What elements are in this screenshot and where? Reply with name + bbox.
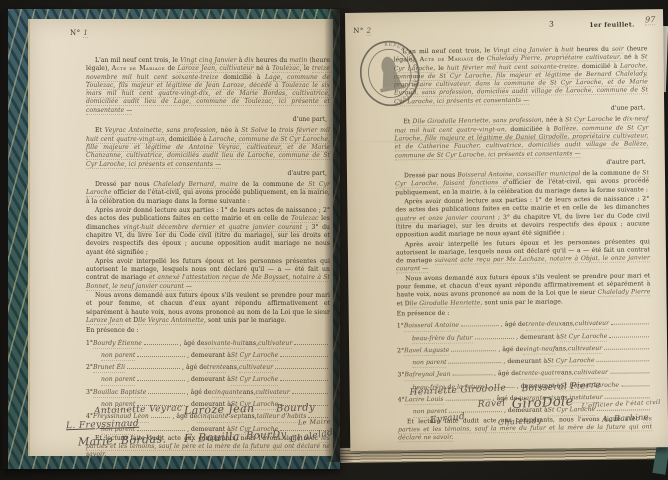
printed-text: Dressé par nous — [404, 172, 457, 180]
printed-text: En présence de : — [86, 327, 139, 334]
handwritten-entry: vingt-huit décembre dernier et quatre ja… — [123, 224, 302, 232]
signature: Laroze Jean — [184, 402, 255, 417]
printed-text: , âgé de — [501, 321, 526, 330]
printed-text: , demeurant à — [187, 376, 231, 384]
printed-text: 3° — [86, 389, 93, 397]
printed-text: domiciliée à — [167, 136, 209, 143]
dotted-leader — [137, 373, 185, 381]
signature: L'officier de l'état civil — [582, 399, 661, 410]
printed-text: les dimanches — [604, 204, 649, 212]
signature: Le Maire — [298, 417, 331, 426]
printed-text: Et — [95, 127, 105, 134]
handwritten-entry: St Cyr Laroche — [231, 352, 278, 361]
printed-text: , âgé de — [494, 370, 519, 379]
printed-text: , le — [300, 65, 312, 72]
signature: L. Freyssinaud — [66, 419, 139, 432]
handwritten-entry: St Solve — [241, 127, 268, 135]
dotted-leader — [474, 330, 514, 338]
bride-paragraph: Et Dlle Girodolle Henriette, sans profes… — [394, 116, 648, 161]
handwritten-entry: cultivateur — [575, 320, 609, 330]
printed-text: 1° — [86, 340, 93, 348]
lecture-paragraph: Après avoir donné lecture aux parties : … — [86, 207, 330, 257]
witness-row: non parent, demeurant à St Cyr Laroche — [86, 373, 330, 385]
printed-text: d'une part, — [611, 104, 645, 111]
printed-text: le — [268, 127, 279, 134]
dotted-leader — [144, 337, 178, 345]
printed-text: , demeurant à — [503, 358, 547, 367]
handwritten-entry: Laroze Jean, cultivateur — [177, 65, 253, 73]
dotted-leader — [292, 386, 328, 394]
dotted-leader — [451, 343, 496, 352]
printed-text: le — [613, 116, 623, 123]
dotted-leader — [604, 341, 649, 350]
signature: Eyraud — [430, 412, 466, 426]
printed-text: à — [552, 46, 562, 53]
act-opening-paragraph: L'an mil neuf cent trois, le Vingt cinq … — [393, 45, 648, 106]
handwritten-entry: cinquante — [212, 389, 243, 398]
printed-text: d'autre part, — [287, 170, 327, 177]
signature: Ravel — [478, 399, 506, 410]
handwritten-entry: trente-quatre — [519, 370, 561, 380]
signature: Henriette Girodolle — [409, 383, 506, 398]
act-body-right: L'an mil neuf cent trois, le Vingt cinq … — [393, 45, 651, 384]
dotted-leader — [597, 353, 650, 362]
printed-text: 2° — [86, 364, 93, 372]
feuillet-label: 1er feuillet. — [589, 21, 634, 29]
printed-text: , âgé de — [182, 364, 207, 372]
printed-text: Acte de Mariage — [112, 65, 165, 72]
dune-part-line: d'une part, — [86, 116, 327, 124]
handwritten-entry: cultivateur — [258, 340, 292, 349]
act-body-left: L'an mil neuf cent trois, le Vingt cinq … — [86, 57, 330, 399]
printed-text: de — [474, 56, 487, 63]
dotted-leader — [294, 337, 328, 345]
printed-text: , demeurant à — [187, 352, 231, 360]
signature: A. Barbine — [602, 413, 649, 424]
handwritten-entry: huit — [561, 46, 574, 54]
handwritten-entry: Chalelady Pierre — [598, 289, 651, 298]
printed-text: officier de l'état-civil, qui avons proc… — [86, 189, 330, 204]
signature: Antoinette Veyrac — [94, 403, 183, 416]
printed-text: , née à — [216, 127, 241, 134]
bride-paragraph: Et Veyrac Antoinette, sans profession, n… — [86, 127, 330, 168]
dune-part-line: d'une part, — [394, 104, 645, 115]
handwritten-entry: vingt-neuf — [523, 345, 555, 355]
dotted-leader — [280, 349, 328, 357]
dotted-leader — [610, 366, 650, 374]
dotted-leader — [611, 317, 649, 325]
pronouncement-paragraph: Nous avons demandé aux futurs époux s'il… — [86, 292, 330, 325]
printed-text: , âgé de — [498, 346, 523, 355]
printed-text: de la commune d — [580, 170, 636, 178]
printed-text: de la commune d — [238, 181, 301, 188]
printed-text: ans, — [245, 340, 258, 348]
dotted-leader — [609, 329, 649, 337]
signature-block: Antoinette Veyrac Laroze Jean Bourdy L. … — [66, 403, 333, 455]
handwritten-folio-mark: 97 — [645, 15, 655, 25]
dotted-leader — [280, 373, 328, 381]
printed-text: ans, — [226, 364, 239, 372]
dotted-leader — [148, 386, 184, 394]
signature: BourDy — [246, 429, 287, 441]
handwritten-entry: cultivateur — [574, 369, 608, 379]
witness-heading: En présence de : — [86, 327, 330, 335]
register-book-photo: N° 1 L'an mil neuf cent trois, le Vingt … — [0, 0, 668, 480]
printed-text: ans, — [561, 370, 574, 378]
officiant-paragraph: Dressé par nous Boisseral Antoine, conse… — [395, 169, 649, 197]
handwritten-entry: Vingt cinq Janvier — [180, 57, 237, 65]
witness-row: non parent, demeurant à St Cyr Laroche — [86, 349, 330, 361]
witness-row: 3° Bouillac Baptiste, âgé de cinquante a… — [86, 386, 330, 398]
handwritten-entry: Bouillac Baptiste — [93, 389, 146, 398]
handwritten-entry: non parent — [101, 376, 135, 385]
printed-text: , demeurant à — [516, 333, 560, 342]
printed-text: , née à — [542, 117, 566, 124]
pronouncement-paragraph: Nous avons demandé aux futurs époux s'il… — [396, 272, 650, 308]
handwritten-entry: Brunet Éli — [93, 364, 125, 373]
printed-text: d'autre part, — [606, 158, 646, 165]
handwritten-entry: Veyrac Antoinette, sans profession — [105, 127, 216, 135]
handwritten-entry: soixante-huit — [204, 340, 245, 349]
signature: GiroDole — [511, 394, 574, 412]
signature: Marie. Bordas. — [78, 432, 167, 448]
dotted-leader — [275, 361, 328, 369]
signature: Chalelady — [498, 416, 542, 427]
page-number: 3 — [549, 19, 554, 28]
handwritten-entry: suivant acte reçu par Me Lachaze, notair… — [396, 254, 650, 273]
printed-text: et D — [123, 317, 138, 324]
handwritten-entry: Toulezac — [291, 215, 318, 223]
printed-text: , âgé de — [180, 340, 205, 348]
printed-text: domicilié à — [218, 74, 265, 81]
printed-text: Nous avons demandé aux futurs époux s'il… — [86, 292, 330, 316]
handwritten-entry: lle Girodolle Henriette — [410, 299, 481, 308]
handwritten-entry: soir — [612, 46, 624, 54]
handwritten-entry: trente-deux — [526, 321, 563, 331]
witness-row: 1° Bourdy Étienne, âgé de soixante-huit … — [86, 337, 330, 349]
handwritten-entry: St Cyr Laroche — [565, 116, 613, 125]
printed-text: En présence de : — [397, 310, 450, 318]
printed-text: N° — [353, 27, 366, 35]
printed-text: ans, — [243, 389, 256, 397]
printed-text: domicilié à — [579, 62, 620, 70]
signature: F. Bouilla — [184, 430, 240, 445]
dotted-leader — [461, 318, 499, 326]
handwritten-entry: trente — [207, 364, 226, 373]
handwritten-entry: 2 — [367, 27, 372, 36]
printed-text: de — [165, 65, 177, 72]
contract-paragraph: Après avoir interpellé les futurs époux … — [86, 258, 330, 291]
printed-text: heures du — [254, 57, 289, 64]
printed-text: , le — [433, 64, 447, 71]
right-register-page: N° 2 3 1er feuillet. 97 RÉPUBLIQUE FRANÇ… — [345, 9, 668, 451]
printed-text: né à — [621, 54, 641, 61]
dotted-leader — [137, 349, 185, 357]
left-register-page: N° 1 L'an mil neuf cent trois, le Vingt … — [30, 19, 333, 456]
signature: Chalelady — [290, 427, 333, 445]
officiant-paragraph: Dressé par nous Chalelady Bernard, maire… — [86, 181, 330, 206]
handwritten-entry: matin — [289, 57, 307, 65]
handwritten-entry: dix — [244, 57, 253, 65]
handwritten-entry: non parent — [101, 352, 135, 361]
printed-text: , sont unis par le mariage. — [204, 317, 286, 324]
handwritten-entry: Bourdy Étienne — [93, 340, 142, 349]
handwritten-entry: lle Veyrac Antoinette — [138, 317, 204, 325]
printed-text: Dressé par nous — [95, 181, 153, 188]
printed-text: Et — [403, 119, 412, 126]
handwritten-entry: 1 — [83, 29, 88, 38]
printed-text: L'an mil neuf cent trois, le — [402, 47, 493, 55]
printed-text: domiciliée à — [507, 125, 554, 133]
margin-act-number: N° 2 — [353, 27, 371, 35]
printed-text: ans, — [562, 320, 575, 328]
dotted-leader — [449, 355, 502, 364]
printed-text: ans, — [555, 345, 568, 353]
signature-block: Henriette Girodolle Boisseral Pierre Rav… — [390, 383, 663, 444]
printed-text: , sont unis par le mariage. — [480, 298, 563, 306]
handwritten-entry: Ravel Auguste — [404, 347, 449, 357]
signature: Bourdy — [276, 402, 315, 414]
act-opening-paragraph: L'an mil neuf cent trois, le Vingt cinq … — [86, 57, 330, 115]
handwritten-entry: Chalelady Bernard, maire — [153, 181, 238, 189]
printed-text: , âgé de — [187, 389, 212, 397]
printed-text: d'une part, — [293, 116, 327, 123]
handwritten-entry: Toulezac — [272, 65, 299, 73]
printed-text: heures du — [574, 46, 612, 53]
handwritten-entry: cultivateur — [239, 364, 273, 373]
dotted-leader — [453, 368, 493, 376]
handwritten-entry: St Cyr Laroche — [231, 376, 278, 385]
printed-text: né à — [254, 65, 272, 72]
lecture-paragraph: Après avoir donné lecture aux parties : … — [395, 195, 649, 240]
dautre-part-line: d'autre part, — [395, 158, 646, 169]
printed-text: N° — [70, 29, 83, 37]
handwritten-entry: cultivateur — [256, 389, 290, 398]
handwritten-entry: non parent — [412, 359, 447, 369]
dautre-part-line: d'autre part, — [86, 170, 327, 178]
witness-row: 2° Brunet Éli, âgé de trente ans, cultiv… — [86, 361, 330, 373]
handwritten-entry: cultivateur — [568, 345, 602, 355]
handwritten-entry: Laroze Jean — [86, 317, 123, 325]
printed-text: Acte de Mariage — [420, 56, 474, 64]
margin-act-number: N° 1 — [70, 29, 88, 37]
contract-paragraph: Après avoir interpellé les futurs époux … — [396, 238, 650, 274]
dotted-leader — [127, 361, 180, 369]
printed-text: L'an mil neuf cent trois, le — [95, 57, 180, 64]
printed-text: et D — [397, 300, 410, 307]
